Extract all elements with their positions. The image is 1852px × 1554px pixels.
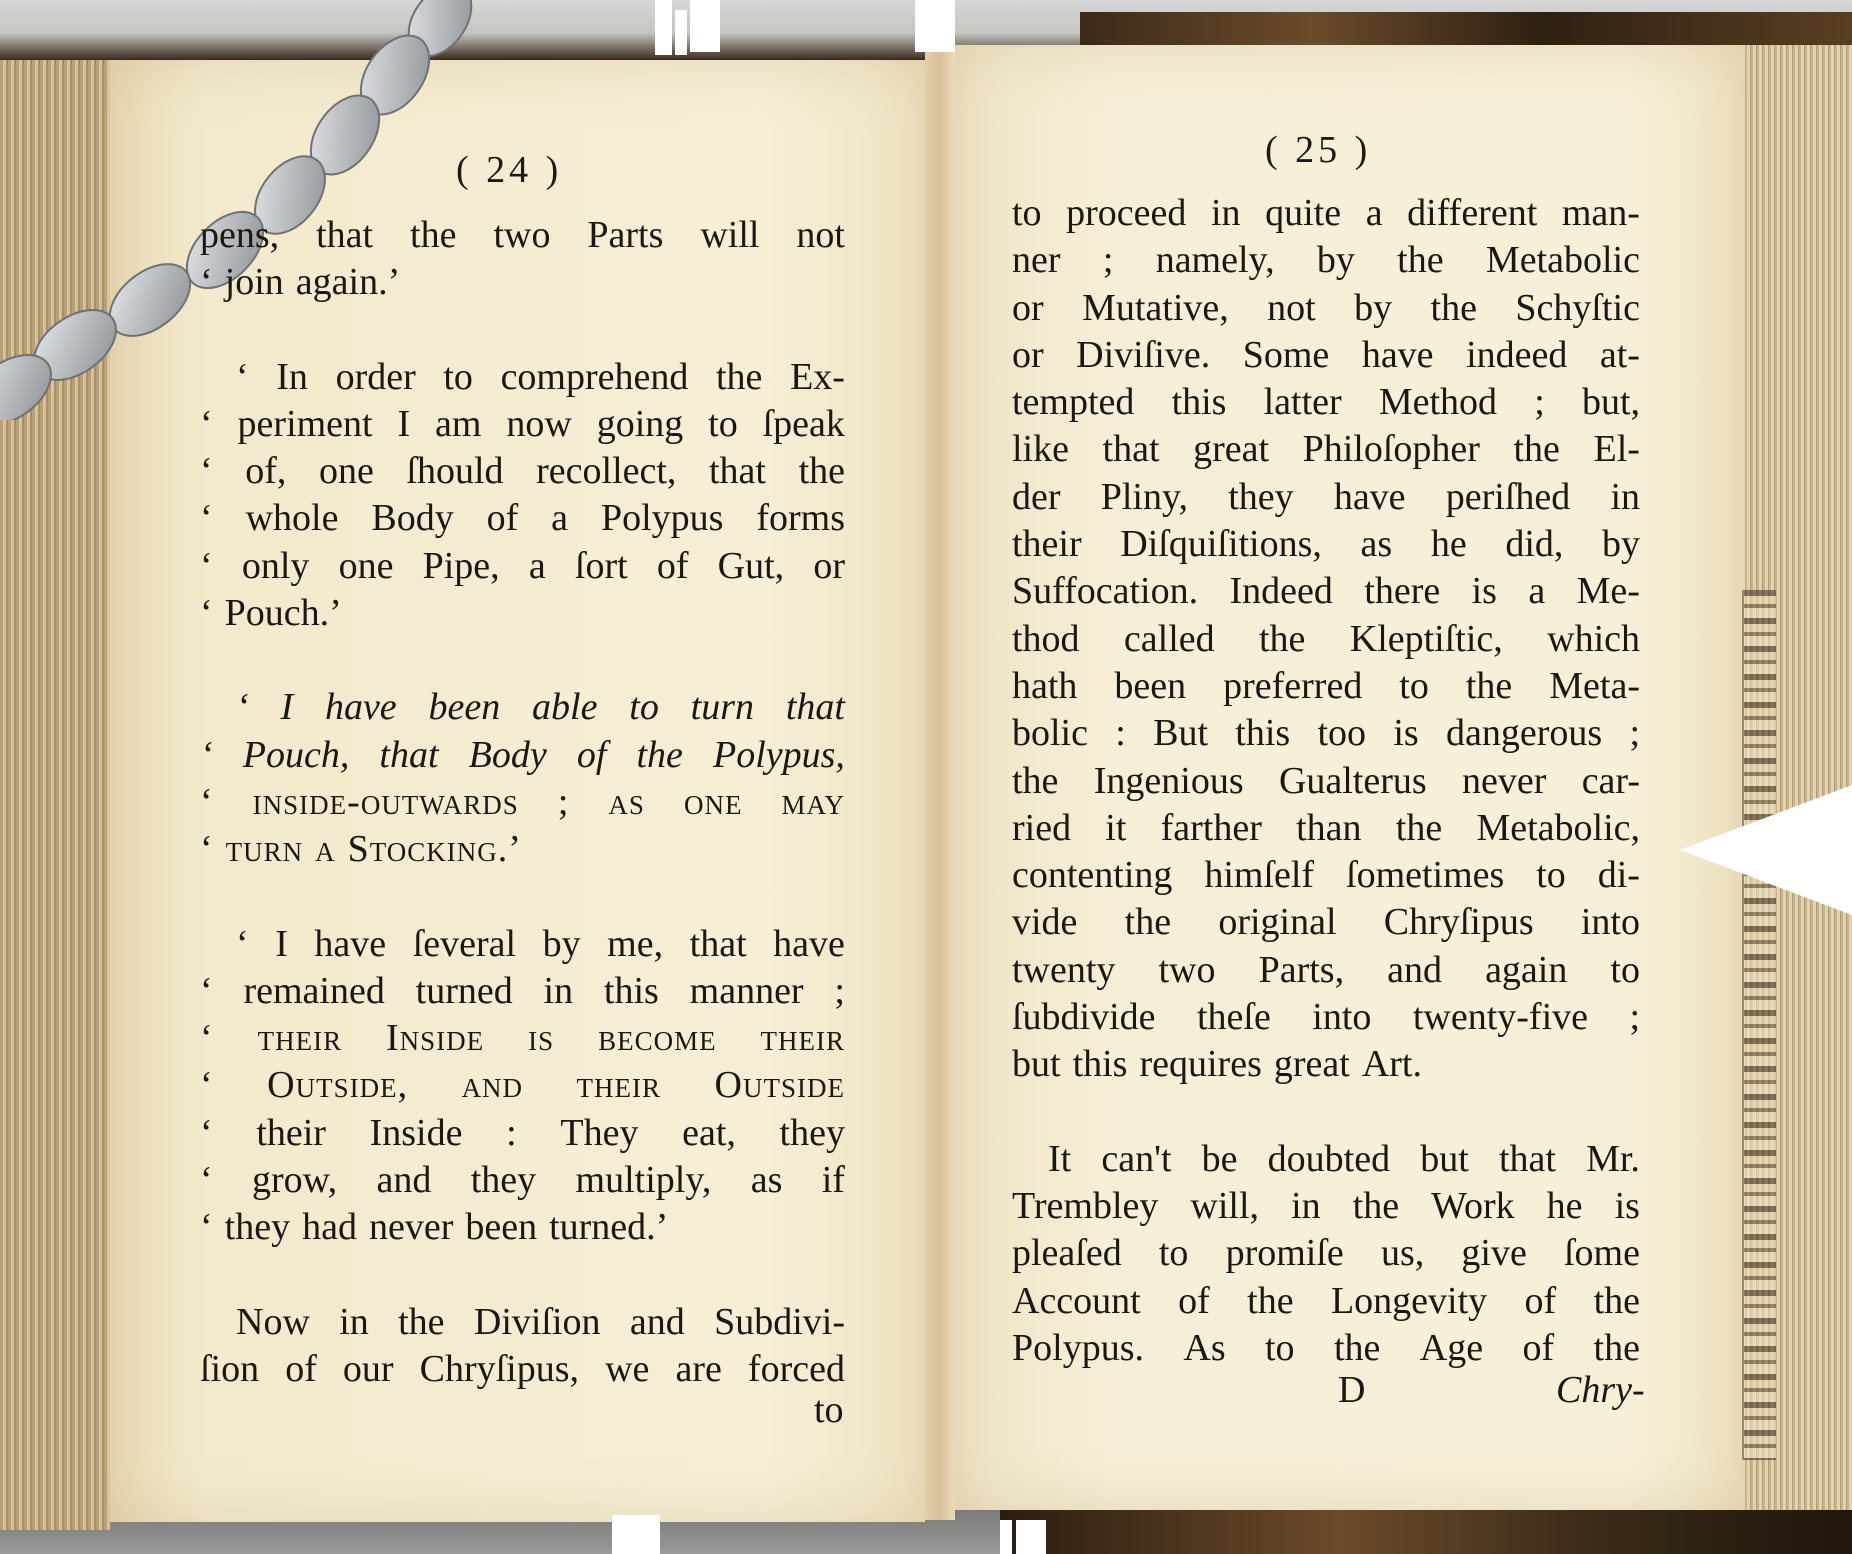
word: or xyxy=(813,543,845,590)
word: theſe xyxy=(1197,994,1271,1041)
scan-mark xyxy=(1000,1520,1012,1554)
left-page-text: pens,thatthetwoPartswillnot‘joinagain.’‘… xyxy=(200,212,845,1393)
word: a xyxy=(1528,568,1545,615)
word: Account xyxy=(1012,1278,1141,1325)
word: never xyxy=(369,1204,453,1251)
text-line: thodcalledtheKleptiſtic,which xyxy=(1012,616,1640,663)
scan-mark xyxy=(675,10,687,55)
word: than xyxy=(1296,805,1361,852)
word: But xyxy=(1153,710,1208,757)
book-gutter xyxy=(925,50,955,1520)
text-line: AccountoftheLongevityofthe xyxy=(1012,1278,1640,1325)
word: namely, xyxy=(1156,237,1275,284)
word: of, xyxy=(245,448,286,495)
word: are xyxy=(675,1346,721,1393)
paragraph-gap xyxy=(200,307,845,354)
word: Indeed xyxy=(1230,568,1333,615)
word: Diviſive. xyxy=(1076,332,1210,379)
word: Method xyxy=(1379,379,1497,426)
text-line: ‘theyhadneverbeenturned.’ xyxy=(200,1204,845,1251)
word: eat, xyxy=(682,1110,736,1157)
text-line: ‘onlyonePipe,aſortofGut,or xyxy=(200,543,845,590)
word: Suffocation. xyxy=(1012,568,1198,615)
word: ‘ xyxy=(200,259,213,306)
word: tempted xyxy=(1012,379,1134,426)
word: of xyxy=(1525,1278,1557,1325)
word: Art. xyxy=(1362,1041,1422,1088)
word: to xyxy=(1265,1325,1295,1372)
text-line: bolic:Butthistooisdangerous; xyxy=(1012,710,1640,757)
word: ; xyxy=(1534,379,1545,426)
word: ‘ xyxy=(200,1110,213,1157)
word: in xyxy=(339,1299,369,1346)
word: two xyxy=(1159,947,1216,994)
word: a xyxy=(315,826,336,873)
word: they xyxy=(780,1110,845,1157)
word: der xyxy=(1012,474,1061,521)
word: to xyxy=(629,684,659,731)
paragraph-gap xyxy=(200,637,845,684)
word: ‘ xyxy=(236,354,249,401)
word: Ingenious xyxy=(1094,758,1244,805)
text-line: ‘of,oneſhouldrecollect,thatthe xyxy=(200,448,845,495)
word: and xyxy=(377,1157,432,1204)
word: ſion xyxy=(200,1346,259,1393)
word: ‘ xyxy=(200,968,213,1015)
word: he xyxy=(1547,1183,1583,1230)
text-line: derPliny,theyhaveperiſhedin xyxy=(1012,474,1640,521)
scan-mark xyxy=(915,0,955,52)
word: Pouch.’ xyxy=(225,590,342,637)
word: but xyxy=(1012,1041,1061,1088)
text-line: Itcan'tbedoubtedbutthatMr. xyxy=(1012,1136,1640,1183)
word: ‘ xyxy=(236,684,249,731)
text-line: ‘grow,andtheymultiply,asif xyxy=(200,1157,845,1204)
word: Some xyxy=(1243,332,1330,379)
word: in xyxy=(1211,190,1241,237)
word: Trembley xyxy=(1012,1183,1158,1230)
word: it xyxy=(1105,805,1126,852)
word: of xyxy=(1522,1325,1554,1372)
text-line: ‘theirInside:Theyeat,they xyxy=(200,1110,845,1157)
text-line: twentytwoParts,andagainto xyxy=(1012,947,1640,994)
word: they xyxy=(471,1157,536,1204)
word: grow, xyxy=(252,1157,337,1204)
word: Parts, xyxy=(1259,947,1345,994)
word: forced xyxy=(748,1346,845,1393)
word: I xyxy=(398,401,411,448)
word: ‘ xyxy=(200,1062,214,1109)
word: Philoſopher xyxy=(1303,426,1480,473)
word: us, xyxy=(1381,1230,1424,1277)
word: El- xyxy=(1594,426,1640,473)
word: become xyxy=(598,1015,717,1062)
word: to xyxy=(1012,190,1042,237)
word: pens, xyxy=(200,212,279,259)
text-line: pens,thatthetwoPartswillnot xyxy=(200,212,845,259)
word: we xyxy=(605,1346,649,1393)
signature-mark: D xyxy=(1338,1368,1365,1412)
text-line: toproceedinquiteadifferentman- xyxy=(1012,190,1640,237)
word: to xyxy=(1159,1230,1189,1277)
word: Diſquiſitions, xyxy=(1120,521,1322,568)
word: thod xyxy=(1012,616,1080,663)
word: proceed xyxy=(1066,190,1186,237)
word: and xyxy=(1387,947,1442,994)
word: doubted xyxy=(1268,1136,1390,1183)
word: a xyxy=(1366,190,1383,237)
word: ſometimes xyxy=(1346,852,1504,899)
word: may xyxy=(781,779,845,826)
word: Metabolic xyxy=(1486,237,1640,284)
word: one xyxy=(339,543,394,590)
word: car- xyxy=(1582,758,1640,805)
text-line: ſubdividetheſeintotwenty-five; xyxy=(1012,994,1640,1041)
word: Work xyxy=(1431,1183,1514,1230)
word: ſubdivide xyxy=(1012,994,1156,1041)
word: into xyxy=(1312,994,1371,1041)
word: there xyxy=(1364,568,1440,615)
word: have xyxy=(1334,474,1406,521)
word: twenty-five xyxy=(1413,994,1588,1041)
word: had xyxy=(302,1204,357,1251)
word: this xyxy=(1073,1041,1128,1088)
word: ner xyxy=(1012,237,1061,284)
word: Inside xyxy=(370,1110,463,1157)
word: turned xyxy=(416,968,513,1015)
word: It xyxy=(1048,1136,1071,1183)
right-page-number: ( 25 ) xyxy=(1265,128,1371,172)
word: Outside, xyxy=(267,1062,408,1109)
word: join xyxy=(225,259,284,306)
word: their xyxy=(1012,521,1082,568)
word: their xyxy=(577,1062,661,1109)
scan-mark xyxy=(612,1515,660,1554)
word: requires xyxy=(1139,1041,1261,1088)
word: original xyxy=(1218,899,1336,946)
word: ſeveral xyxy=(413,921,516,968)
word: as xyxy=(751,1157,783,1204)
word: the xyxy=(1396,805,1442,852)
left-catchword: to xyxy=(814,1388,844,1432)
text-line: ‘turnaStocking.’ xyxy=(200,826,845,873)
word: ſome xyxy=(1564,1230,1640,1277)
word: at- xyxy=(1600,332,1640,379)
word: again.’ xyxy=(296,259,400,306)
word: ried xyxy=(1012,805,1071,852)
word: multiply, xyxy=(576,1157,712,1204)
word: ; xyxy=(1103,237,1114,284)
word: only xyxy=(242,543,310,590)
scan-mark xyxy=(690,0,720,52)
text-line: pleaſedtopromiſeus,giveſome xyxy=(1012,1230,1640,1277)
word: have xyxy=(1362,332,1434,379)
word: They xyxy=(560,1110,638,1157)
word: recollect, xyxy=(536,448,676,495)
word: that xyxy=(316,212,373,259)
word: pleaſed xyxy=(1012,1230,1122,1277)
word: or xyxy=(1012,332,1044,379)
word: of xyxy=(577,732,607,779)
word: Ex- xyxy=(790,354,845,401)
word: now xyxy=(506,401,571,448)
word: inside-outwards xyxy=(253,779,519,826)
word: one xyxy=(684,779,743,826)
text-line: rieditfartherthantheMetabolic, xyxy=(1012,805,1640,852)
word: Body xyxy=(469,732,547,779)
paragraph-gap xyxy=(200,874,845,921)
ornament-border xyxy=(1742,590,1776,1460)
word: that xyxy=(1103,426,1160,473)
scan-mark xyxy=(1016,1520,1046,1554)
word: Pipe, xyxy=(423,543,500,590)
word: Stocking.’ xyxy=(348,826,522,873)
word: been xyxy=(1114,663,1186,710)
word: called xyxy=(1124,616,1215,663)
word: of xyxy=(657,543,689,590)
word: the xyxy=(1334,1325,1380,1372)
word: by xyxy=(543,921,581,968)
word: this xyxy=(604,968,659,1015)
paragraph-gap xyxy=(200,1252,845,1299)
word: ‘ xyxy=(200,1015,214,1062)
word: order xyxy=(336,354,416,401)
text-line: ‘joinagain.’ xyxy=(200,259,845,306)
word: Me- xyxy=(1577,568,1640,615)
word: : xyxy=(1115,710,1126,757)
word: they xyxy=(1228,474,1293,521)
word: Gut, xyxy=(718,543,785,590)
word: manner xyxy=(690,968,804,1015)
left-page-number: ( 24 ) xyxy=(456,148,562,192)
word: the xyxy=(1353,1183,1399,1230)
word: like xyxy=(1012,426,1069,473)
word: not xyxy=(796,212,845,259)
word: Meta- xyxy=(1549,663,1640,710)
word: but xyxy=(1420,1136,1469,1183)
word: is xyxy=(528,1015,554,1062)
word: of xyxy=(285,1346,317,1393)
word: our xyxy=(343,1346,394,1393)
word: Diviſion xyxy=(474,1299,601,1346)
word: did, xyxy=(1505,521,1563,568)
word: which xyxy=(1547,616,1640,663)
word: ſort xyxy=(575,543,628,590)
word: of xyxy=(1178,1278,1210,1325)
word: bolic xyxy=(1012,710,1088,757)
word: whole xyxy=(246,495,339,542)
word: by xyxy=(1317,237,1355,284)
word: Now xyxy=(236,1299,310,1346)
text-line: ‘inside-outwards;asonemay xyxy=(200,779,845,826)
word: the xyxy=(1466,663,1512,710)
word: by xyxy=(1602,521,1640,568)
paragraph-gap xyxy=(1012,1089,1640,1136)
text-line: hathbeenpreferredtotheMeta- xyxy=(1012,663,1640,710)
word: the xyxy=(1125,899,1171,946)
word: different xyxy=(1407,190,1537,237)
word: have xyxy=(325,684,397,731)
word: ; xyxy=(834,968,845,1015)
word: remained xyxy=(243,968,384,1015)
word: turned.’ xyxy=(549,1204,668,1251)
scan-mark xyxy=(655,0,672,55)
text-line: ‘Outside,andtheirOutside xyxy=(200,1062,845,1109)
word: ‘ xyxy=(200,448,213,495)
word: have xyxy=(773,921,845,968)
word: to xyxy=(1536,852,1566,899)
word: di- xyxy=(1598,852,1640,899)
text-line: butthisrequiresgreatArt. xyxy=(1012,1041,1640,1088)
word: in xyxy=(1291,1183,1321,1230)
word: of xyxy=(487,495,519,542)
word: Inside xyxy=(386,1015,484,1062)
text-line: ‘perimentIamnowgoingtoſpeak xyxy=(200,401,845,448)
word: ‘ xyxy=(200,543,213,590)
word: two xyxy=(493,212,550,259)
text-line: ‘Pouch,thatBodyofthePolypus, xyxy=(200,732,845,779)
word: man- xyxy=(1562,190,1640,237)
word: twenty xyxy=(1012,947,1115,994)
word: been xyxy=(428,684,500,731)
word: ‘ xyxy=(200,495,213,542)
text-line: Suffocation.IndeedthereisaMe- xyxy=(1012,568,1640,615)
word: that xyxy=(379,732,438,779)
word: give xyxy=(1461,1230,1526,1277)
text-line: theIngeniousGualterusnevercar- xyxy=(1012,758,1640,805)
word: vide xyxy=(1012,899,1077,946)
word: too xyxy=(1317,710,1366,757)
word: Pliny, xyxy=(1101,474,1188,521)
word: a xyxy=(551,495,568,542)
word: their xyxy=(761,1015,845,1062)
word: I xyxy=(280,684,293,731)
word: ſhould xyxy=(406,448,503,495)
word: As xyxy=(1183,1325,1225,1372)
word: Mutative, xyxy=(1082,285,1229,332)
word: to xyxy=(708,401,738,448)
word: ‘ xyxy=(200,401,213,448)
word: but, xyxy=(1582,379,1640,426)
word: contenting xyxy=(1012,852,1172,899)
word: can't xyxy=(1101,1136,1171,1183)
word: not xyxy=(1267,285,1316,332)
word: the xyxy=(1012,758,1058,805)
word: ‘ xyxy=(200,1204,213,1251)
word: I xyxy=(275,921,288,968)
word: into xyxy=(1581,899,1640,946)
word: this xyxy=(1235,710,1290,757)
word: dangerous xyxy=(1446,710,1602,757)
word: himſelf xyxy=(1204,852,1314,899)
word: in xyxy=(1610,474,1640,521)
word: preferred xyxy=(1223,663,1362,710)
word: going xyxy=(597,401,684,448)
word: forms xyxy=(756,495,845,542)
text-line: ſionofourChryſipus,weareforced xyxy=(200,1346,845,1393)
word: the xyxy=(1247,1278,1293,1325)
word: as xyxy=(1361,521,1393,568)
word: the xyxy=(1259,616,1305,663)
text-line: contentinghimſelfſometimestodi- xyxy=(1012,852,1640,899)
text-line: likethatgreatPhiloſophertheEl- xyxy=(1012,426,1640,473)
word: turn xyxy=(691,684,754,731)
word: Outside xyxy=(715,1062,845,1109)
text-line: Polypus.AstotheAgeofthe xyxy=(1012,1325,1640,1372)
text-line: theirDiſquiſitions,ashedid,by xyxy=(1012,521,1640,568)
word: Subdivi- xyxy=(714,1299,845,1346)
word: never xyxy=(1462,758,1546,805)
word: that xyxy=(1499,1136,1556,1183)
word: ; xyxy=(1629,994,1640,1041)
word: if xyxy=(822,1157,845,1204)
word: great xyxy=(1193,426,1269,473)
word: one xyxy=(319,448,374,495)
text-line: ‘InordertocomprehendtheEx- xyxy=(200,354,845,401)
text-line: ‘Ihaveſeveralbyme,thathave xyxy=(200,921,845,968)
word: ‘ xyxy=(200,590,213,637)
word: been xyxy=(465,1204,537,1251)
text-line: ‘Ihavebeenabletoturnthat xyxy=(200,684,845,731)
word: Gualterus xyxy=(1279,758,1427,805)
word: Body xyxy=(371,495,453,542)
word: be xyxy=(1202,1136,1238,1183)
text-line: ‘remainedturnedinthismanner; xyxy=(200,968,845,1015)
right-page-text: toproceedinquiteadifferentman-ner;namely… xyxy=(1012,190,1640,1372)
word: periſhed xyxy=(1446,474,1571,521)
word: the xyxy=(799,448,845,495)
word: their xyxy=(258,1015,342,1062)
text-line: videtheoriginalChryſipusinto xyxy=(1012,899,1640,946)
word: the xyxy=(1594,1325,1640,1372)
word: in xyxy=(544,968,574,1015)
word: the xyxy=(1431,285,1477,332)
word: the xyxy=(1514,426,1560,473)
word: ; xyxy=(1629,710,1640,757)
word: ‘ xyxy=(200,1157,213,1204)
book-cover-bottom xyxy=(1000,1510,1852,1554)
left-page-edges xyxy=(0,60,110,1530)
word: latter xyxy=(1264,379,1342,426)
word: to xyxy=(1610,947,1640,994)
word: comprehend xyxy=(501,354,689,401)
word: that xyxy=(690,921,747,968)
word: is xyxy=(1615,1183,1640,1230)
text-line: ner;namely,bytheMetabolic xyxy=(1012,237,1640,284)
word: farther xyxy=(1161,805,1262,852)
word: able xyxy=(532,684,597,731)
word: that xyxy=(786,684,845,731)
word: or xyxy=(1012,285,1044,332)
word: ‘ xyxy=(200,779,214,826)
word: Longevity xyxy=(1331,1278,1487,1325)
text-line: ‘Pouch.’ xyxy=(200,590,845,637)
word: Mr. xyxy=(1586,1136,1640,1183)
word: as xyxy=(608,779,645,826)
word: turn xyxy=(226,826,304,873)
word: ; xyxy=(558,779,570,826)
word: ſpeak xyxy=(763,401,845,448)
word: he xyxy=(1431,521,1467,568)
word: am xyxy=(435,401,481,448)
word: again xyxy=(1485,947,1567,994)
word: Schyſtic xyxy=(1515,285,1640,332)
word: that xyxy=(709,448,766,495)
word: Polypus xyxy=(601,495,723,542)
word: to xyxy=(443,354,473,401)
word: indeed xyxy=(1466,332,1567,379)
word: : xyxy=(506,1110,517,1157)
